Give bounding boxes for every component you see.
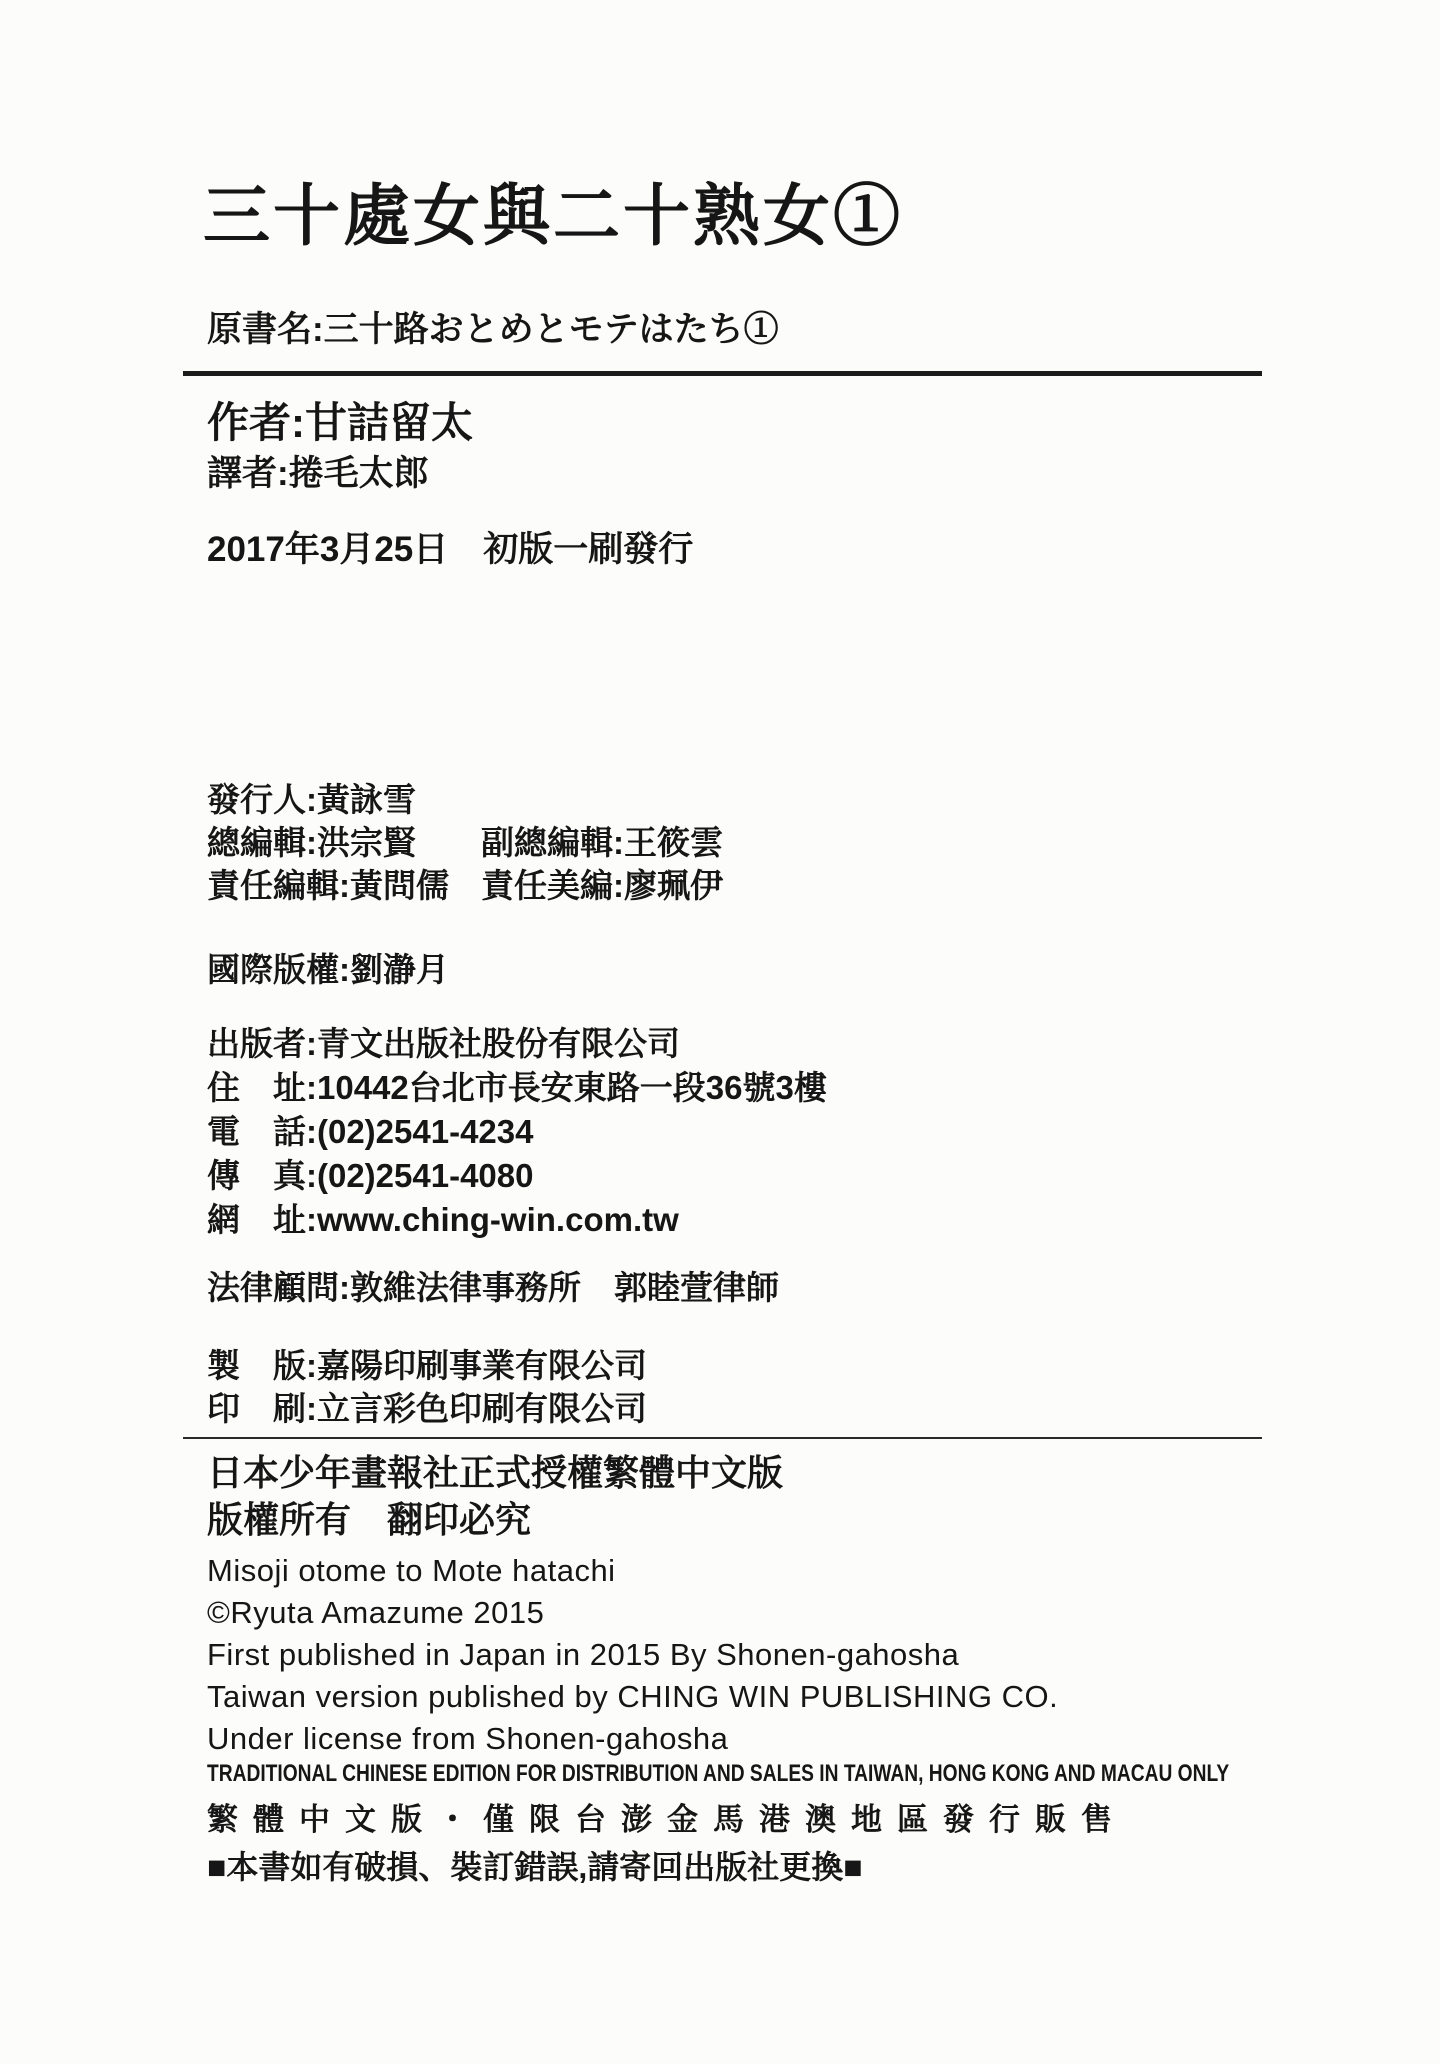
publisher-name-line: 出版者:青文出版社股份有限公司	[207, 1022, 827, 1066]
damage-notice-line: ■本書如有破損、裝訂錯誤,請寄回出版社更換■	[207, 1842, 863, 1888]
publisher-block: 出版者:青文出版社股份有限公司 住 址:10442台北市長安東路一段36號3樓 …	[207, 1022, 827, 1242]
managing-editor: 責任編輯:黃問儒	[207, 864, 481, 907]
website-line: 網 址:www.ching-win.com.tw	[207, 1198, 827, 1242]
staff-block: 發行人:黃詠雪 總編輯:洪宗賢副總編輯:王筱雲 責任編輯:黃問儒責任美編:廖珮伊	[207, 778, 723, 907]
divider-top	[183, 371, 1262, 376]
license-notice-line: 日本少年畫報社正式授權繁體中文版	[207, 1445, 783, 1496]
colophon-page: 三十處女與二十熟女① 原書名:三十路おとめとモテはたち① 作者:甘詰留太 譯者:…	[0, 0, 1440, 2064]
author-line: 作者:甘詰留太	[207, 390, 473, 450]
translator-line: 譯者:捲毛太郎	[207, 446, 429, 496]
international-rights-line: 國際版權:劉瀞月	[207, 944, 449, 991]
editors-row: 總編輯:洪宗賢副總編輯:王筱雲	[207, 821, 723, 864]
book-title: 三十處女與二十熟女①	[203, 180, 903, 254]
art-editor: 責任美編:廖珮伊	[481, 867, 723, 904]
taiwan-version-line: Taiwan version published by CHING WIN PU…	[207, 1676, 1058, 1718]
print-run-line: 2017年3月25日 初版一刷發行	[207, 522, 693, 572]
responsible-editors-row: 責任編輯:黃問儒責任美編:廖珮伊	[207, 864, 723, 907]
rights-notice-line: 版權所有 翻印必究	[207, 1492, 531, 1543]
fax-line: 傳 真:(02)2541-4080	[207, 1154, 827, 1198]
first-published-line: First published in Japan in 2015 By Shon…	[207, 1634, 1058, 1676]
address-line: 住 址:10442台北市長安東路一段36號3樓	[207, 1066, 827, 1110]
under-license-line: Under license from Shonen-gahosha	[207, 1718, 1058, 1760]
plate-making-line: 製 版:嘉陽印刷事業有限公司	[207, 1344, 647, 1387]
printing-line: 印 刷:立言彩色印刷有限公司	[207, 1387, 647, 1430]
original-title: 原書名:三十路おとめとモテはたち①	[207, 302, 779, 352]
divider-bottom	[183, 1437, 1262, 1439]
copyright-line: ©Ryuta Amazume 2015	[207, 1592, 1058, 1634]
production-block: 製 版:嘉陽印刷事業有限公司 印 刷:立言彩色印刷有限公司	[207, 1344, 647, 1430]
editor-in-chief: 總編輯:洪宗賢	[207, 821, 481, 864]
romanized-title-line: Misoji otome to Mote hatachi	[207, 1550, 1058, 1592]
distribution-notice-en: TRADITIONAL CHINESE EDITION FOR DISTRIBU…	[207, 1760, 1229, 1788]
phone-line: 電 話:(02)2541-4234	[207, 1110, 827, 1154]
deputy-editor-in-chief: 副總編輯:王筱雲	[481, 824, 723, 861]
distribution-notice-zh: 繁體中文版・僅限台澎金馬港澳地區發行販售	[207, 1794, 1127, 1839]
english-block: Misoji otome to Mote hatachi ©Ryuta Amaz…	[207, 1550, 1058, 1760]
legal-advisor-line: 法律顧問:敦維法律事務所 郭睦萱律師	[207, 1262, 779, 1309]
issuer-line: 發行人:黃詠雪	[207, 778, 723, 821]
